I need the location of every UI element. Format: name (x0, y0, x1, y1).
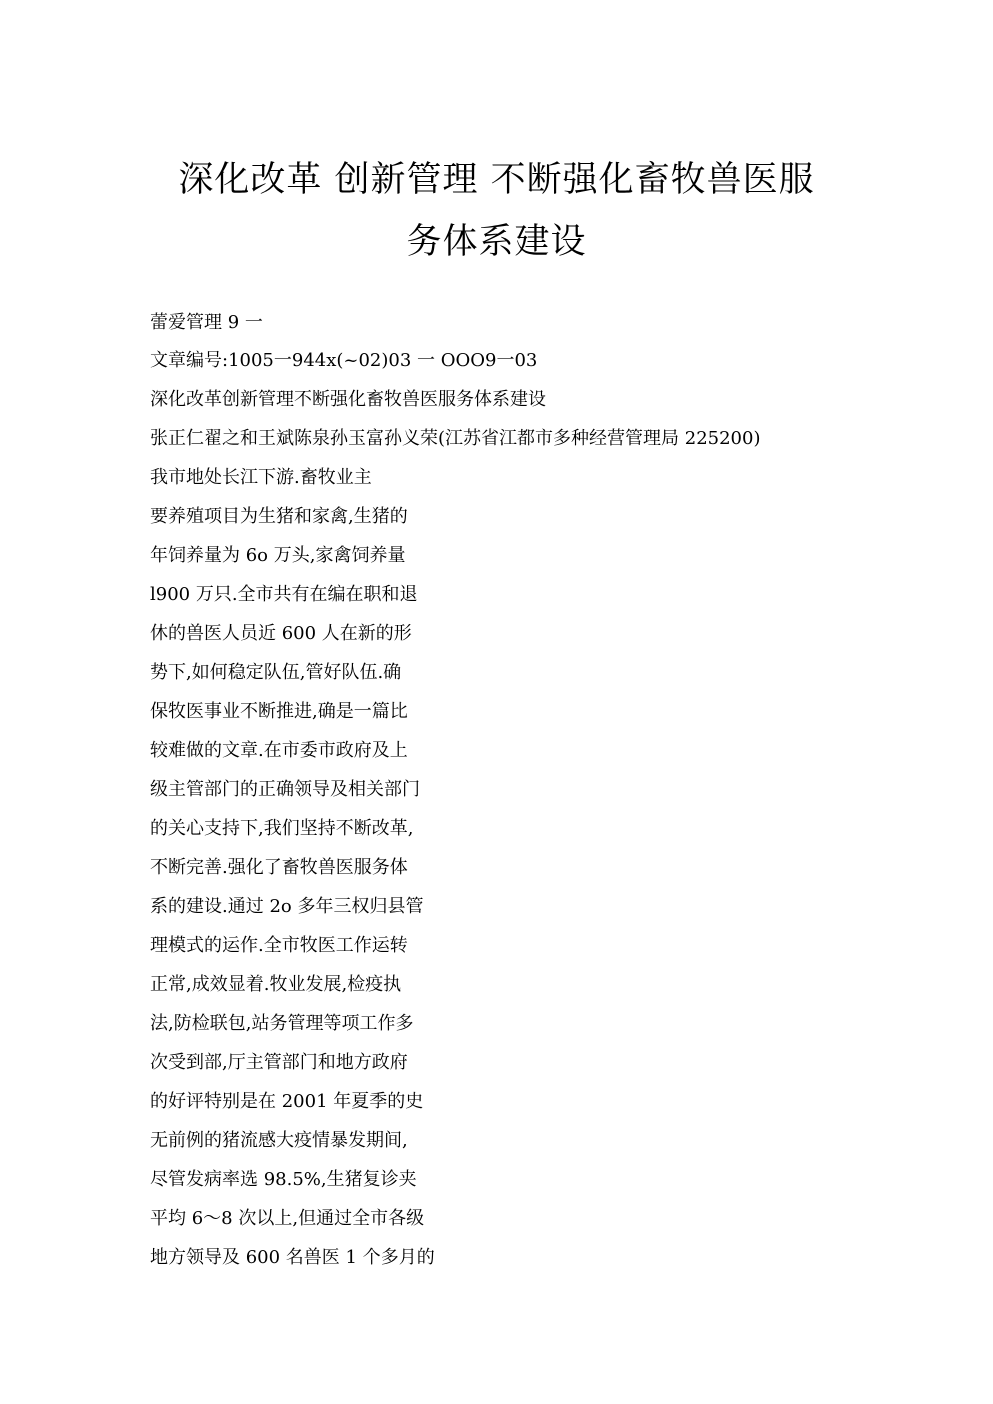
document-title-line-1: 深化改革 创新管理 不断强化畜牧兽医服 (0, 160, 993, 200)
body-line: 年饲养量为 6o 万头,家禽饲养量 (150, 545, 405, 567)
body-line: 次受到部,厅主管部门和地方政府 (150, 1052, 408, 1074)
document-page: 深化改革 创新管理 不断强化畜牧兽医服 务体系建设 蕾爱管理 9 一 文章编号:… (0, 0, 993, 1404)
body-line: 地方领导及 600 名兽医 1 个多月的 (150, 1247, 435, 1269)
body-line: 正常,成效显着.牧业发展,检疫执 (150, 974, 401, 996)
authors-affiliation: 张正仁翟之和王斌陈泉孙玉富孙义荣(江苏省江都市多种经营管理局 225200) (150, 428, 760, 450)
body-line: 休的兽医人员近 600 人在新的形 (150, 623, 412, 645)
body-line: 较难做的文章.在市委市政府及上 (150, 740, 408, 762)
body-line: 理模式的运作.全市牧医工作运转 (150, 935, 408, 957)
article-number: 文章编号:1005一944x(~02)03 一 OOO9一03 (150, 350, 537, 372)
body-line: 的好评特别是在 2001 年夏季的史 (150, 1091, 423, 1113)
body-line: 势下,如何稳定队伍,管好队伍.确 (150, 662, 401, 684)
body-line: 尽管发病率选 98.5%,生猪复诊夹 (150, 1169, 417, 1191)
body-line: 无前例的猪流感大疫情暴发期间, (150, 1130, 408, 1152)
body-line: 法,防检联包,站务管理等项工作多 (150, 1013, 413, 1035)
body-line: 我市地处长江下游.畜牧业主 (150, 467, 372, 489)
body-line: 要养殖项目为生猪和家禽,生猪的 (150, 506, 408, 528)
body-line: 平均 6～8 次以上,但通过全市各级 (150, 1208, 424, 1230)
body-line: 级主管部门的正确领导及相关部门 (150, 779, 420, 801)
journal-section-label: 蕾爱管理 9 一 (150, 312, 263, 334)
body-line: 的关心支持下,我们坚持不断改革, (150, 818, 413, 840)
body-line: 系的建设.通过 2o 多年三权归县管 (150, 896, 423, 918)
article-subtitle: 深化改革创新管理不断强化畜牧兽医服务体系建设 (150, 389, 546, 411)
body-line: 不断完善.强化了畜牧兽医服务体 (150, 857, 408, 879)
document-title-line-2: 务体系建设 (0, 222, 993, 262)
body-line: 保牧医事业不断推进,确是一篇比 (150, 701, 408, 723)
body-line: l900 万只.全市共有在编在职和退 (150, 584, 418, 606)
